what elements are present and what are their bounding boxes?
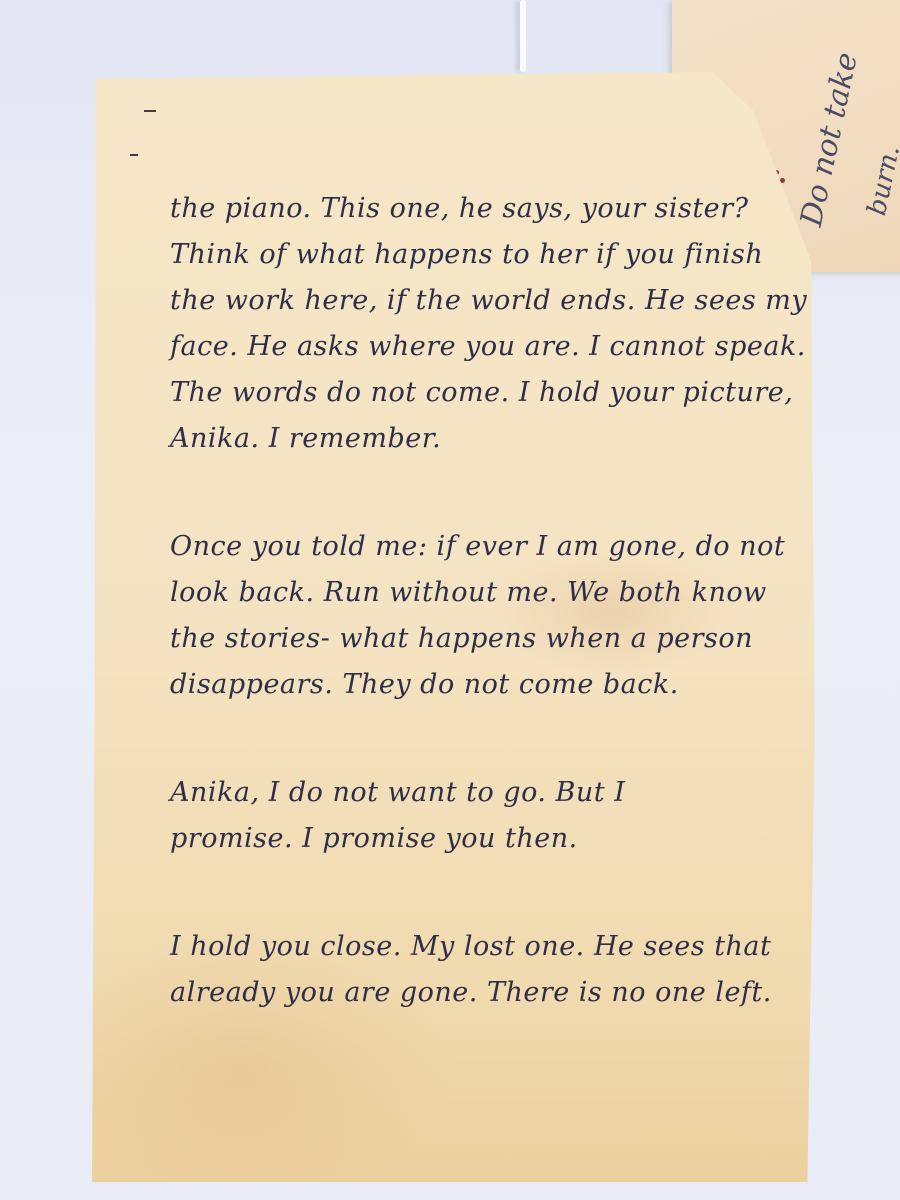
text-line: Anika, I do not want to go. But I (170, 770, 790, 816)
text-line: the piano. This one, he says, your siste… (170, 186, 790, 232)
text-line: Anika. I remember. (170, 416, 790, 462)
text-line: Once you told me: if ever I am gone, do … (170, 524, 790, 570)
ink-mark (144, 110, 156, 112)
text-line: look back. Run without me. We both know (170, 570, 790, 616)
text-line: Think of what happens to her if you fini… (170, 232, 790, 278)
handwritten-letter: the piano. This one, he says, your siste… (92, 72, 822, 1182)
paragraph-gap (170, 708, 790, 770)
white-cord (520, 0, 526, 72)
side-note-line: burn. (862, 143, 900, 219)
paragraph-4: I hold you close. My lost one. He sees t… (170, 924, 790, 1016)
text-line: the work here, if the world ends. He see… (170, 278, 790, 324)
text-line: already you are gone. There is no one le… (170, 970, 790, 1016)
paragraph-1: the piano. This one, he says, your siste… (170, 186, 790, 462)
ink-mark (130, 154, 138, 156)
paragraph-3: Anika, I do not want to go. But I promis… (170, 770, 790, 862)
text-line: face. He asks where you are. I cannot sp… (170, 324, 790, 370)
letter-body: the piano. This one, he says, your siste… (170, 186, 790, 1016)
text-line: disappears. They do not come back. (170, 662, 790, 708)
paragraph-2: Once you told me: if ever I am gone, do … (170, 524, 790, 708)
text-line: The words do not come. I hold your pictu… (170, 370, 790, 416)
text-line: the stories- what happens when a person (170, 616, 790, 662)
text-line: promise. I promise you then. (170, 816, 790, 862)
text-line: I hold you close. My lost one. He sees t… (170, 924, 790, 970)
paragraph-gap (170, 862, 790, 924)
side-note-line: Do not take (794, 49, 865, 229)
paragraph-gap (170, 462, 790, 524)
